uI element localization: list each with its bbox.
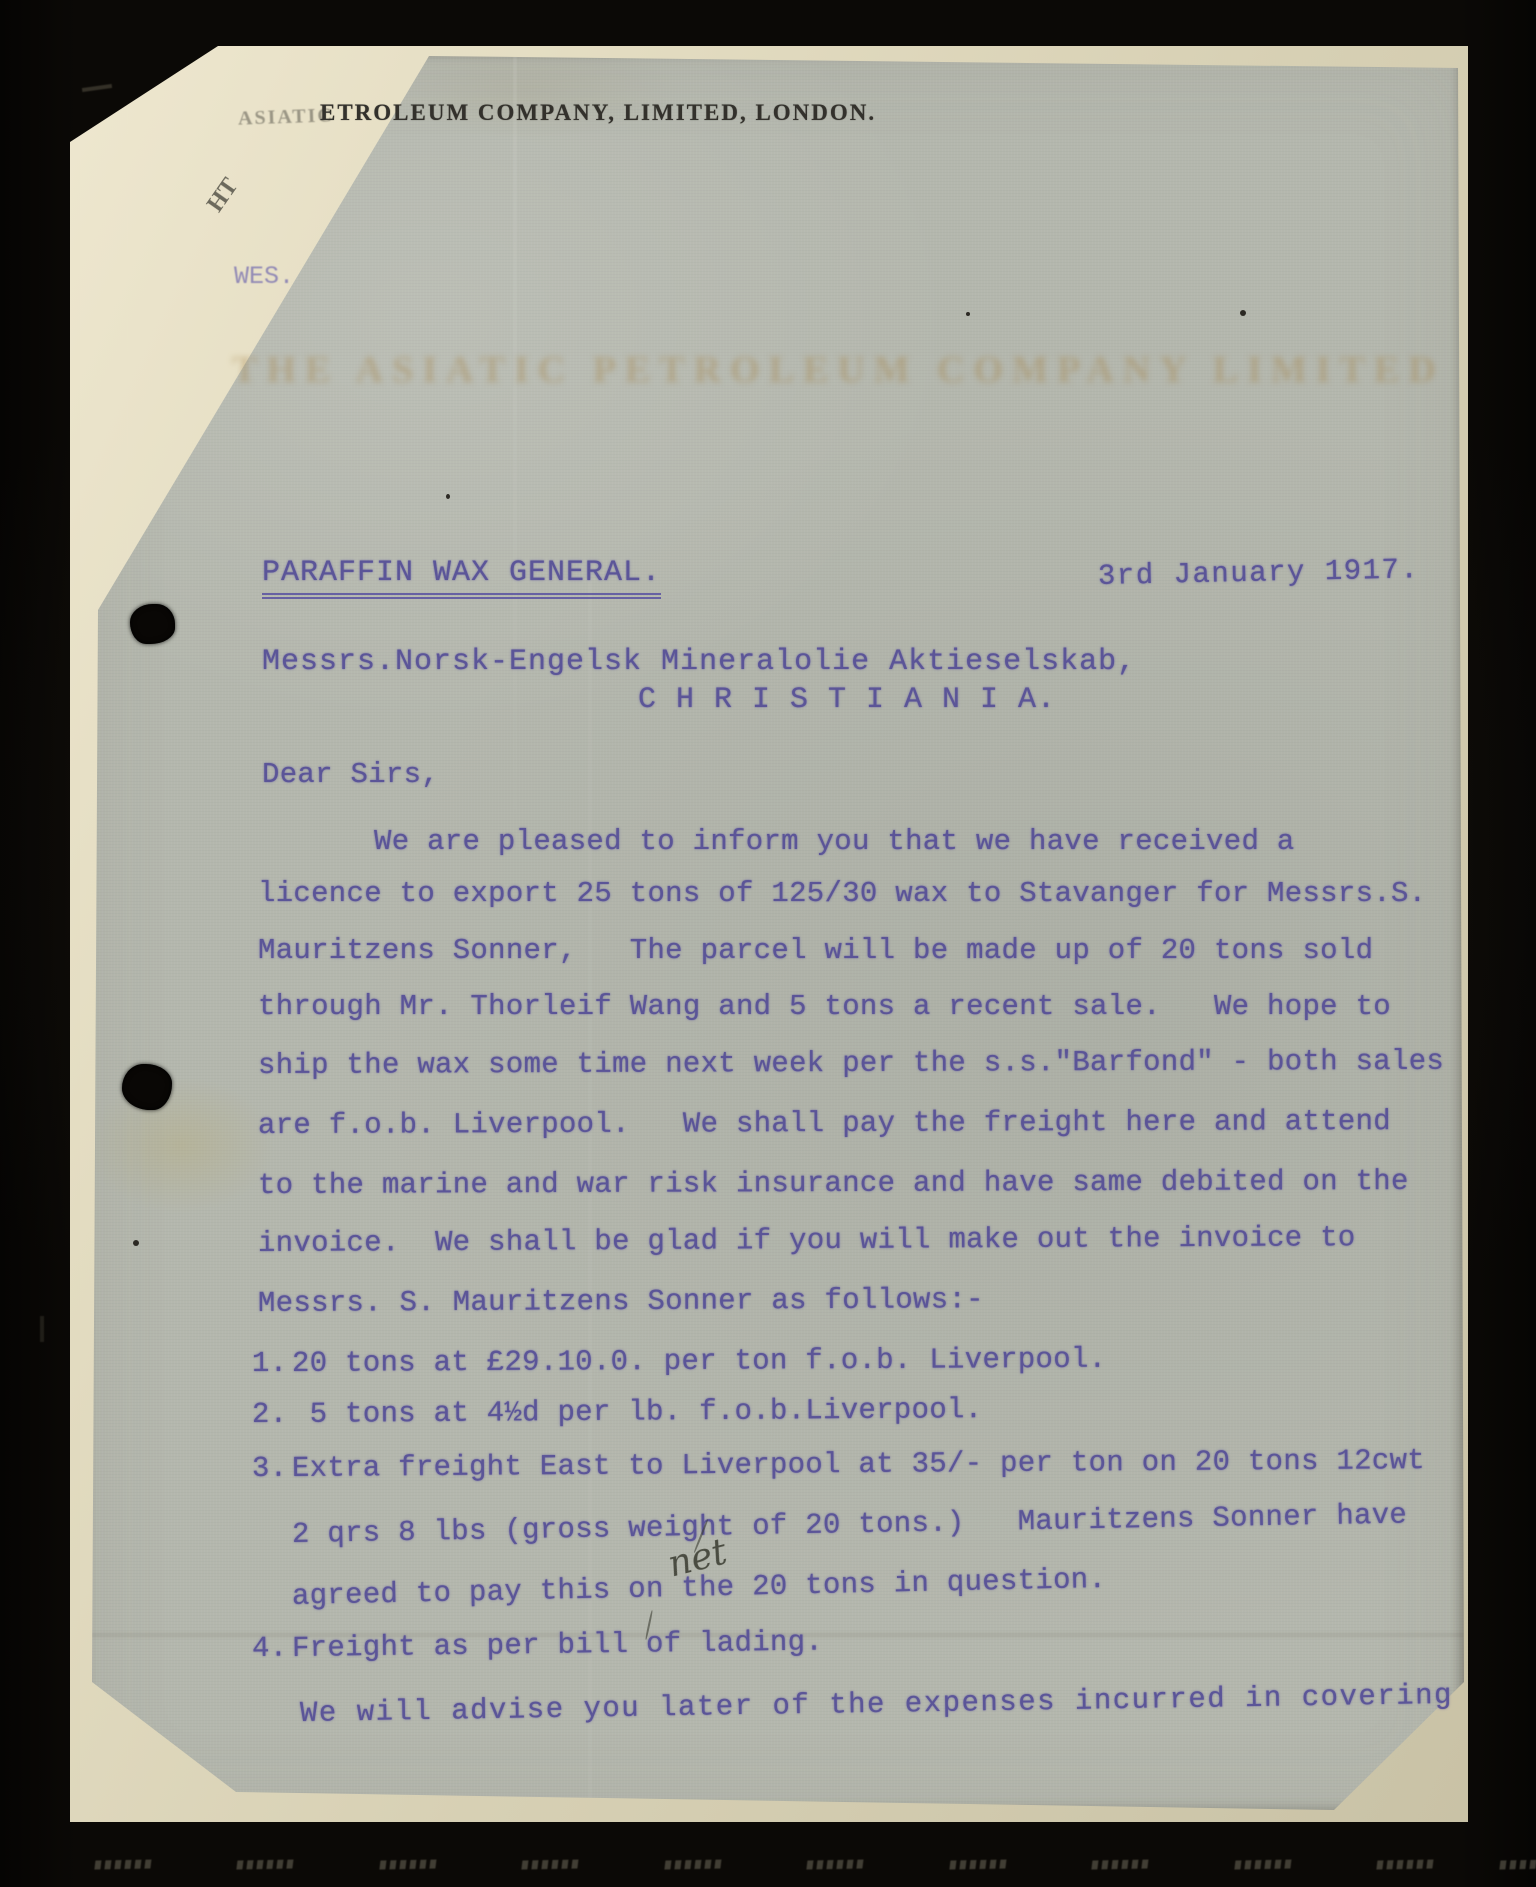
film-edge-mark bbox=[1376, 1859, 1435, 1869]
recipient-city: C H R I S T I A N I A. bbox=[638, 683, 1056, 717]
photo-background: ASIATIC ETROLEUM COMPANY, LIMITED, LONDO… bbox=[0, 0, 1536, 1887]
background-scratch bbox=[40, 1316, 44, 1342]
body-line: We are pleased to inform you that we hav… bbox=[374, 825, 1295, 858]
film-edge-mark bbox=[94, 1859, 153, 1869]
list-item-number: 2. bbox=[252, 1398, 288, 1431]
film-edge-mark bbox=[521, 1859, 580, 1869]
list-item-number: 1. bbox=[252, 1347, 288, 1380]
body-line: are f.o.b. Liverpool. We shall pay the f… bbox=[258, 1105, 1391, 1142]
paper-speck bbox=[446, 494, 450, 499]
film-edge-mark bbox=[379, 1859, 438, 1869]
printed-letterhead: ETROLEUM COMPANY, LIMITED, LONDON. bbox=[320, 100, 876, 126]
list-item-text: 20 tons at £29.10.0. per ton f.o.b. Live… bbox=[292, 1343, 1107, 1380]
punch-hole bbox=[130, 604, 175, 644]
list-item-number: 3. bbox=[252, 1452, 288, 1485]
paper-speck bbox=[966, 312, 970, 316]
subject-heading: PARAFFIN WAX GENERAL. bbox=[262, 556, 661, 599]
punch-hole bbox=[122, 1064, 172, 1110]
film-edge-mark bbox=[1499, 1859, 1536, 1869]
list-item-text: 5 tons at 4½d per lb. f.o.b.Liverpool. bbox=[292, 1393, 983, 1431]
salutation: Dear Sirs, bbox=[262, 758, 439, 791]
list-item-number: 4. bbox=[252, 1632, 288, 1665]
body-line: Mauritzens Sonner, The parcel will be ma… bbox=[258, 934, 1373, 967]
reference-mark: WES. bbox=[234, 262, 294, 291]
paper-speck bbox=[133, 1240, 139, 1246]
body-line: ship the wax some time next week per the… bbox=[258, 1045, 1444, 1082]
ghost-letterhead-text: THE ASIATIC PETROLEUM COMPANY LIMITED bbox=[232, 348, 1445, 392]
body-line: to the marine and war risk insurance and… bbox=[258, 1165, 1409, 1202]
background-scratch bbox=[82, 84, 112, 92]
film-edge-mark bbox=[1091, 1859, 1150, 1869]
paper-crease bbox=[514, 54, 516, 814]
list-item-text: Freight as per bill of lading. bbox=[292, 1626, 823, 1665]
paper-speck bbox=[1240, 310, 1246, 316]
body-line: invoice. We shall be glad if you will ma… bbox=[258, 1221, 1356, 1260]
film-edge-mark bbox=[1234, 1859, 1293, 1869]
body-line: through Mr. Thorleif Wang and 5 tons a r… bbox=[258, 990, 1391, 1023]
body-line: Messrs. S. Mauritzens Sonner as follows:… bbox=[258, 1283, 984, 1320]
film-edge-mark bbox=[949, 1859, 1008, 1869]
recipient-name: Messrs.Norsk-Engelsk Mineralolie Aktiese… bbox=[262, 645, 1136, 679]
film-edge-mark bbox=[236, 1859, 295, 1869]
film-edge-mark bbox=[806, 1859, 865, 1869]
letter-date: 3rd January 1917. bbox=[1098, 553, 1420, 593]
body-line: licence to export 25 tons of 125/30 wax … bbox=[258, 877, 1426, 910]
film-edge-mark bbox=[664, 1859, 723, 1869]
